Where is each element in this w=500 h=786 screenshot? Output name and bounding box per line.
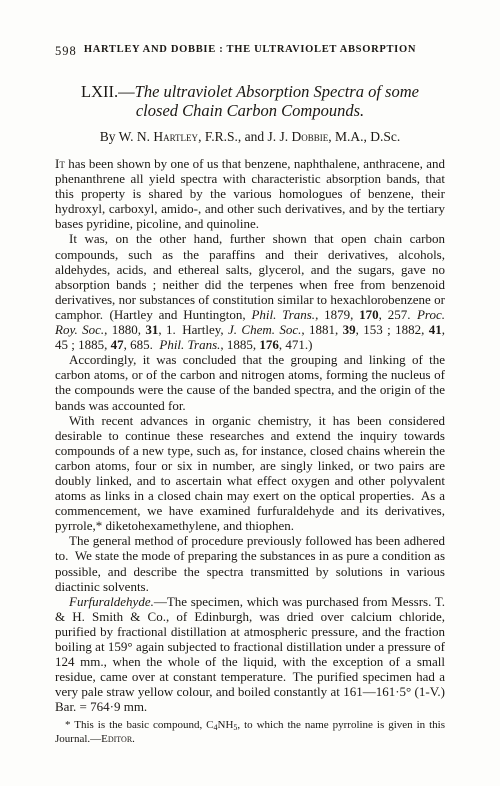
text-segment: It xyxy=(55,156,65,171)
page-number: 598 xyxy=(55,44,77,59)
article-body: It has been shown by one of us that benz… xyxy=(55,156,445,714)
text-segment: , 153 ; 1882, xyxy=(356,322,429,337)
page-content: 598 HARTLEY AND DOBBIE : THE ULTRAVIOLET… xyxy=(55,0,445,746)
text-segment: * This is the basic compound, C xyxy=(65,719,214,731)
text-segment: 170 xyxy=(359,307,379,322)
body-paragraph: With recent advances in organic chemistr… xyxy=(55,413,445,534)
text-segment: Accordingly, it was concluded that the g… xyxy=(55,352,445,412)
body-paragraph: Accordingly, it was concluded that the g… xyxy=(55,352,445,412)
text-segment: , M.A., D.Sc. xyxy=(328,129,400,144)
text-segment: , 685. xyxy=(124,337,160,352)
text-segment: , 257. xyxy=(379,307,417,322)
text-segment: 31 xyxy=(145,322,158,337)
editor-footnote: * This is the basic compound, C4NH5, to … xyxy=(55,719,445,746)
text-segment: Hartley xyxy=(153,129,198,144)
body-paragraph: The general method of procedure previous… xyxy=(55,533,445,593)
text-segment: , F.R.S., and J. J. xyxy=(198,129,291,144)
text-segment: LXII.— xyxy=(81,82,135,101)
text-segment: By W. N. xyxy=(100,129,154,144)
text-segment: has been shown by one of us that benzene… xyxy=(55,156,445,231)
text-segment: 41 xyxy=(429,322,442,337)
text-segment: , 1879, xyxy=(315,307,359,322)
text-segment: . xyxy=(132,733,135,745)
text-segment: , 1. Hartley, xyxy=(158,322,228,337)
text-segment: 39 xyxy=(343,322,356,337)
text-segment: The general method of procedure previous… xyxy=(55,533,445,593)
text-segment: Phil. Trans. xyxy=(159,337,220,352)
text-segment: , 1881, xyxy=(301,322,342,337)
text-segment: 176 xyxy=(259,337,279,352)
text-segment: J. Chem. Soc. xyxy=(228,322,301,337)
text-segment: Furfuraldehyde. xyxy=(69,594,154,609)
article-title: LXII.—The ultraviolet Absorption Spectra… xyxy=(63,82,437,120)
text-segment: Editor xyxy=(101,733,132,745)
article-byline: By W. N. Hartley, F.R.S., and J. J. Dobb… xyxy=(55,129,445,145)
text-segment: —The specimen, which was purchased from … xyxy=(55,594,445,715)
text-segment: With recent advances in organic chemistr… xyxy=(55,413,445,534)
body-paragraph: It has been shown by one of us that benz… xyxy=(55,156,445,231)
page-header: 598 HARTLEY AND DOBBIE : THE ULTRAVIOLET… xyxy=(55,44,445,58)
text-segment: The ultraviolet Absorption Spectra of so… xyxy=(135,82,419,120)
text-segment: Phil. Trans. xyxy=(251,307,315,322)
text-segment: 47 xyxy=(111,337,124,352)
text-segment: Dobbie xyxy=(292,129,329,144)
journal-page: 598 HARTLEY AND DOBBIE : THE ULTRAVIOLET… xyxy=(0,0,500,786)
running-title: HARTLEY AND DOBBIE : THE ULTRAVIOLET ABS… xyxy=(55,44,445,55)
body-paragraph: It was, on the other hand, further shown… xyxy=(55,231,445,352)
text-segment: , 471.) xyxy=(279,337,313,352)
body-paragraph: Furfuraldehyde.—The specimen, which was … xyxy=(55,594,445,715)
text-segment: , 1885, xyxy=(220,337,259,352)
text-segment: NH xyxy=(218,719,234,731)
text-segment: , 1880, xyxy=(104,322,145,337)
